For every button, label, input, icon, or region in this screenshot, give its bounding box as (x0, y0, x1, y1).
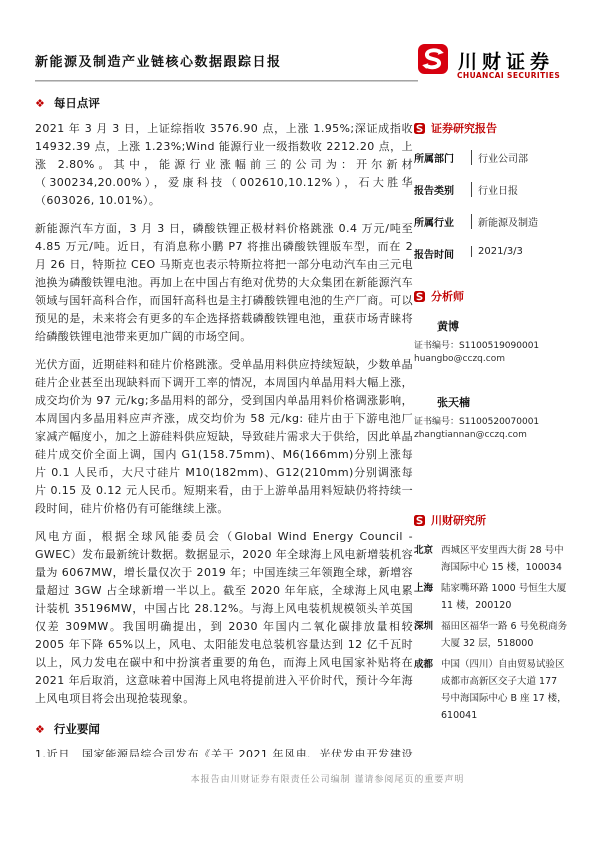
info-value: 新能源及制造 (471, 214, 538, 229)
paragraph-ev: 新能源汽车方面，3 月 3 日，磷酸铁锂正极材料价格跳涨 0.4 万元/吨至 4… (35, 220, 413, 346)
section-title: 每日点评 (54, 95, 100, 111)
footer-disclaimer: 本报告由川财证券有限责任公司编制 谨请参阅尾页的重要声明 (60, 772, 595, 785)
analyst-card: 张天楠 证书编号：S1100520070001 zhangtiannan@ccz… (414, 394, 568, 440)
sidebar-section-analysts: 分析师 (414, 288, 568, 304)
sidebar-section-institute: 川财研究所 (414, 512, 568, 528)
analyst-cert-number: 证书编号：S1100520070001 (414, 414, 568, 427)
office-address: 中国（四川）自由贸易试验区成都市高新区交子大道 177 号中海国际中心 B 座 … (441, 656, 568, 724)
office-city: 深圳 (414, 618, 441, 652)
sidebar: 证券研究报告 所属部门 行业公司部 报告类别 行业日报 所属行业 新能源及制造 … (414, 120, 568, 728)
info-row-report-type: 报告类别 行业日报 (414, 182, 568, 197)
analysts-block: 分析师 黄博 证书编号：S1100519090001 huangbo@cczq.… (414, 288, 568, 440)
institute-badge-icon (414, 515, 425, 526)
office-address: 陆家嘴环路 1000 号恒生大厦 11 楼，200120 (441, 580, 568, 614)
analyst-cert-number: 证书编号：S1100519090001 (414, 338, 568, 351)
sidebar-section-title: 川财研究所 (431, 512, 486, 528)
info-row-department: 所属部门 行业公司部 (414, 150, 568, 165)
sidebar-section-title: 证券研究报告 (431, 120, 497, 136)
paragraph-pv: 光伏方面，近期硅料和硅片价格跳涨。受单晶用料供应持续短缺，少数单晶硅片企业甚至出… (35, 356, 413, 518)
report-badge-icon (414, 123, 425, 134)
info-value: 行业日报 (471, 182, 518, 197)
paragraph-market-indices: 2021 年 3 月 3 日，上证综指收 3576.90 点，上涨 1.95%;… (35, 120, 413, 210)
brand-logo-icon (418, 44, 448, 74)
analyst-email: huangbo@cczq.com (414, 354, 568, 364)
office-address: 福田区福华一路 6 号免税商务大厦 32 层，518000 (441, 618, 568, 652)
brand-name-en: CHUANCAI SECURITIES (457, 71, 560, 80)
paragraph-news-1: 1.近日，国家能源局综合司发布《关于 2021 年风电、光伏发电开发建设有关事项… (35, 746, 413, 757)
section-title: 行业要闻 (54, 721, 100, 737)
section-header-industry-news: ❖ 行业要闻 (35, 721, 413, 737)
info-value: 行业公司部 (471, 150, 528, 165)
analyst-badge-icon (414, 291, 425, 302)
diamond-bullet-icon: ❖ (35, 98, 45, 109)
brand-name-cn: 川财证券 (458, 47, 554, 74)
office-shanghai: 上海 陆家嘴环路 1000 号恒生大厦 11 楼，200120 (414, 580, 568, 614)
section-header-daily-review: ❖ 每日点评 (35, 95, 413, 111)
info-label: 报告时间 (414, 246, 471, 261)
institute-block: 川财研究所 北京 西城区平安里西大街 28 号中海国际中心 15 楼，10003… (414, 512, 568, 724)
office-city: 成都 (414, 656, 441, 724)
info-label: 所属部门 (414, 150, 471, 165)
info-label: 报告类别 (414, 182, 471, 197)
office-city: 上海 (414, 580, 441, 614)
info-row-industry: 所属行业 新能源及制造 (414, 214, 568, 229)
analyst-card: 黄博 证书编号：S1100519090001 huangbo@cczq.com (414, 318, 568, 364)
info-value: 2021/3/3 (471, 246, 523, 257)
header-divider (35, 80, 418, 82)
office-address: 西城区平安里西大街 28 号中海国际中心 15 楼，100034 (441, 542, 568, 576)
analyst-name: 黄博 (437, 318, 568, 334)
analyst-email: zhangtiannan@cczq.com (414, 430, 568, 440)
info-label: 所属行业 (414, 214, 471, 229)
sidebar-section-title: 分析师 (431, 288, 464, 304)
office-shenzhen: 深圳 福田区福华一路 6 号免税商务大厦 32 层，518000 (414, 618, 568, 652)
sidebar-section-report-info: 证券研究报告 (414, 120, 568, 136)
office-chengdu: 成都 中国（四川）自由贸易试验区成都市高新区交子大道 177 号中海国际中心 B… (414, 656, 568, 724)
report-page: 新能源及制造产业链核心数据跟踪日报 川财证券 CHUANCAI SECURITI… (0, 0, 595, 842)
office-city: 北京 (414, 542, 441, 576)
office-beijing: 北京 西城区平安里西大街 28 号中海国际中心 15 楼，100034 (414, 542, 568, 576)
info-row-report-date: 报告时间 2021/3/3 (414, 246, 568, 261)
analyst-name: 张天楠 (437, 394, 568, 410)
main-content: ❖ 每日点评 2021 年 3 月 3 日，上证综指收 3576.90 点，上涨… (35, 95, 413, 757)
page-title: 新能源及制造产业链核心数据跟踪日报 (35, 51, 282, 70)
diamond-bullet-icon: ❖ (35, 724, 45, 735)
paragraph-wind: 风电方面，根据全球风能委员会（Global Wind Energy Counci… (35, 528, 413, 708)
